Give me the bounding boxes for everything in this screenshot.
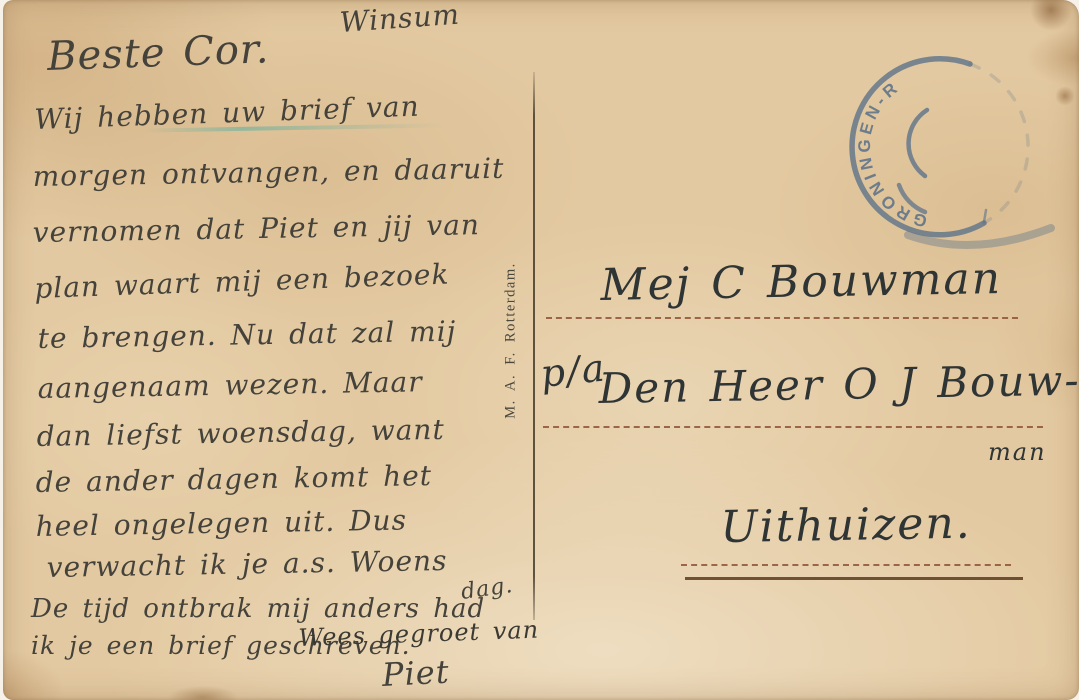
- postcard-scan: M. A. F. Rotterdam. Winsum Beste Cor. Wi…: [0, 0, 1079, 700]
- message-line: verwacht ik je a.s. Woens: [46, 544, 447, 584]
- message-line: te brengen. Nu dat zal mij: [37, 315, 456, 355]
- address-line-3: Uithuizen.: [720, 498, 972, 553]
- divider-line: [533, 72, 535, 620]
- continuation-word: dag.: [460, 573, 515, 605]
- publisher-imprint: M. A. F. Rotterdam.: [503, 251, 520, 431]
- postmark-inner-arc: [909, 110, 927, 176]
- postcard-back: M. A. F. Rotterdam. Winsum Beste Cor. Wi…: [3, 0, 1079, 700]
- message-line: morgen ontvangen, en daaruit: [32, 152, 504, 193]
- message-line: de ander dagen komt het: [35, 459, 432, 499]
- address-rule-solid: [685, 577, 1023, 580]
- address-rule: [546, 317, 1018, 319]
- location-note: Winsum: [339, 0, 461, 39]
- greeting: Beste Cor.: [46, 26, 270, 80]
- address-rule: [543, 426, 1043, 428]
- address-line-2: Den Heer O J Bouw-: [598, 356, 1079, 413]
- postmark-outer-ring-faint: [970, 64, 1028, 223]
- address-rule: [681, 564, 1011, 566]
- message-line: aangenaam wezen. Maar: [37, 365, 422, 405]
- postmark-stamp: GRONINGEN-R: [823, 30, 1063, 262]
- message-line: dan liefst woensdag, want: [36, 413, 445, 453]
- message-line: Wij hebben uw brief van: [34, 90, 420, 136]
- address-line-1: Mej C Bouwman: [600, 253, 1002, 311]
- address-line-2-continuation: man: [988, 438, 1047, 466]
- message-line: vernomen dat Piet en jij van: [32, 208, 480, 249]
- message-line: heel ongelegen uit. Dus: [35, 504, 407, 543]
- signature: Piet: [381, 653, 450, 694]
- message-line: plan waart mij een bezoek: [34, 258, 450, 305]
